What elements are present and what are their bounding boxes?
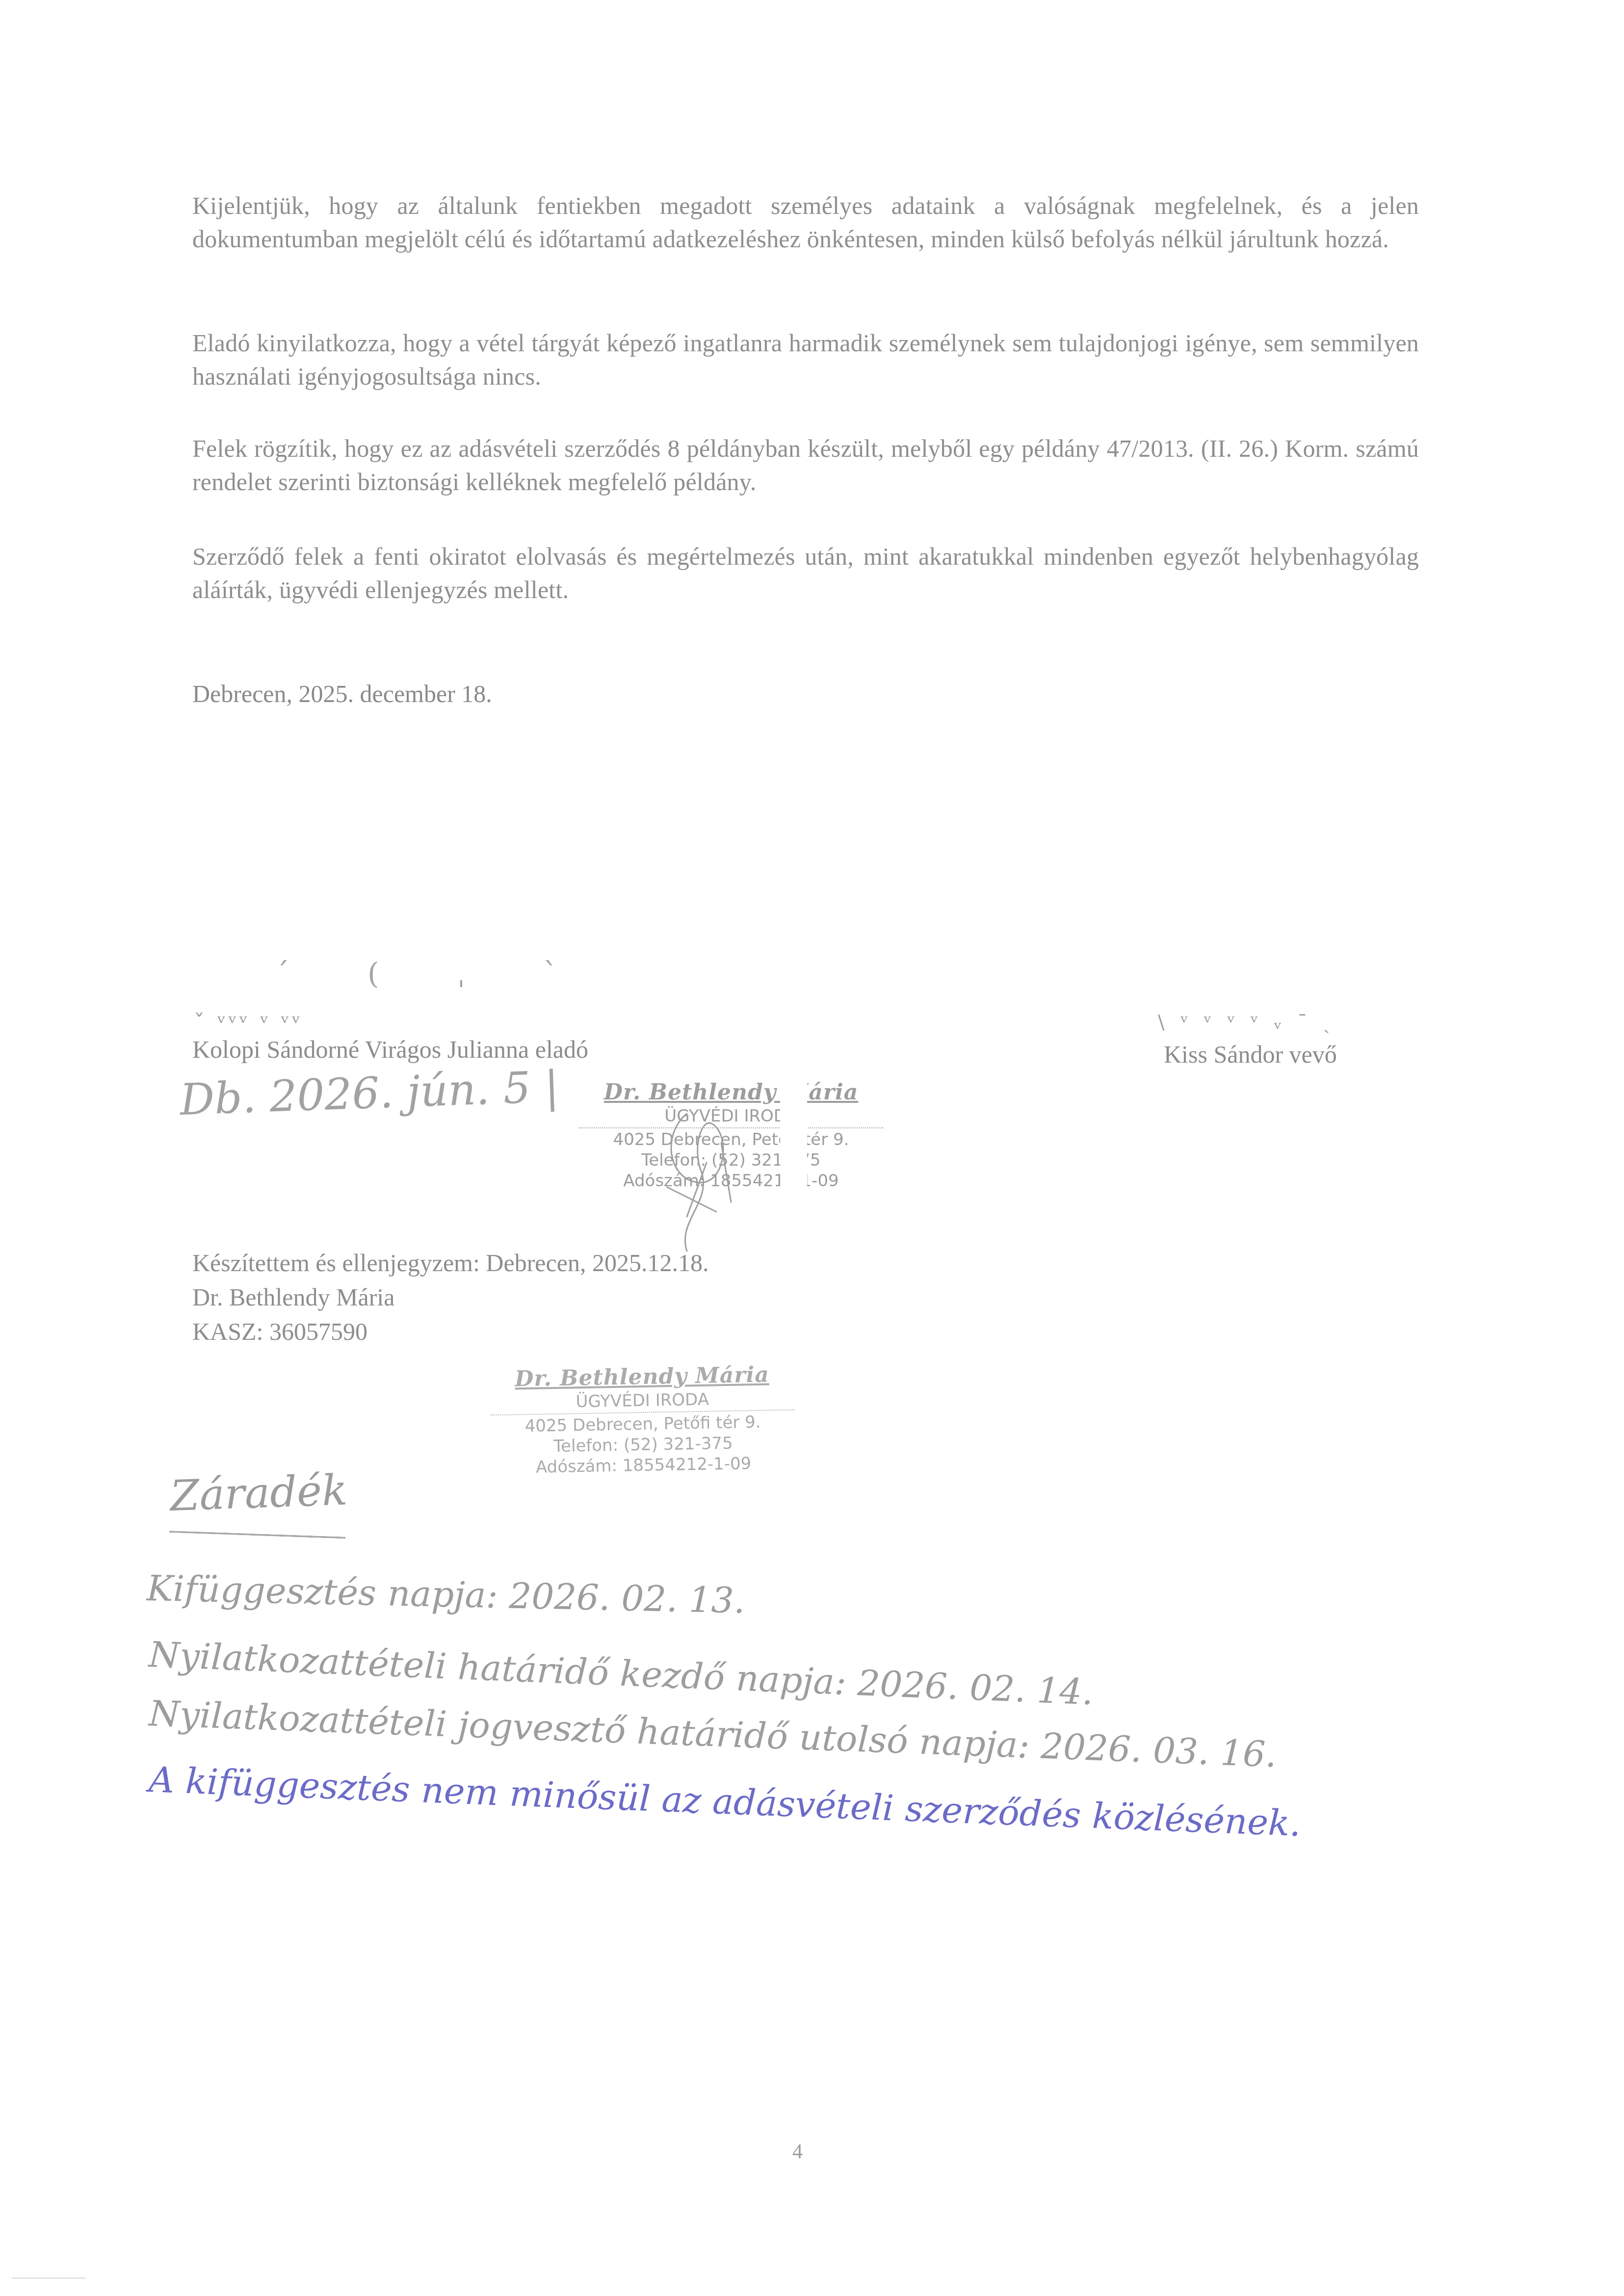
paragraph-copies: Felek rögzítik, hogy ez az adásvételi sz… (192, 432, 1419, 498)
seller-name: Kolopi Sándorné Virágos Julianna eladó (192, 1035, 588, 1064)
place-and-date: Debrecen, 2025. december 18. (192, 679, 492, 708)
annex-note-blue-ink: A kifüggesztés nem minősül az adásvételi… (148, 1759, 1302, 1844)
annex-title: Záradék (169, 1465, 348, 1521)
paragraph-signing: Szerződő felek a fenti okiratot elolvasá… (192, 540, 1419, 606)
paragraph-text: Felek rögzítik, hogy ez az adásvételi sz… (192, 432, 1419, 498)
paragraph-consent: Kijelentjük, hogy az általunk fentiekben… (192, 189, 1419, 256)
kasz-number: KASZ: 36057590 (192, 1317, 367, 1346)
stamp-title: Dr. Bethlendy Mária (579, 1079, 883, 1106)
document-page: Kijelentjük, hogy az általunk fentiekben… (0, 0, 1624, 2296)
stamp-gap (780, 1079, 807, 1226)
lawyer-name: Dr. Bethlendy Mária (192, 1283, 394, 1311)
seller-handwritten-date: Db. 2026. jún. 5 | (179, 1061, 560, 1125)
lawyer-signature-icon (657, 1104, 746, 1261)
countersign-statement: Készítettem és ellenjegyzem: Debrecen, 2… (192, 1249, 708, 1277)
stamp-title: Dr. Bethlendy Mária (490, 1361, 794, 1393)
buyer-name: Kiss Sándor vevő (1164, 1040, 1337, 1069)
paragraph-text: Szerződő felek a fenti okiratot elolvasá… (192, 540, 1419, 606)
seller-signature: ˇ ᵛᵛᵛ ᵛ ᵛᵛ (194, 1011, 303, 1036)
seller-signature-marks: ˊ ( ˌ ˋ (275, 957, 592, 991)
annex-note-posting-date: Kifüggesztés napja: 2026. 02. 13. (146, 1567, 745, 1621)
paragraph-text: Kijelentjük, hogy az általunk fentiekben… (192, 189, 1419, 256)
law-office-stamp: Dr. Bethlendy Mária ÜGYVÉDI IRODA 4025 D… (490, 1361, 796, 1479)
paragraph-seller-declaration: Eladó kinyilatkozza, hogy a vétel tárgyá… (192, 326, 1419, 393)
annex-note-deadline-end: Nyilatkozattételi jogvesztő határidő uto… (148, 1693, 1278, 1775)
buyer-signature: \ ᵛ ᵛ ᵛ ᵛ ᵥ ˉ ˎ (1158, 1011, 1335, 1034)
paragraph-text: Eladó kinyilatkozza, hogy a vétel tárgyá… (192, 326, 1419, 393)
page-number: 4 (792, 2140, 803, 2164)
scan-artifact (12, 2277, 86, 2279)
annex-title-underline (169, 1531, 346, 1539)
